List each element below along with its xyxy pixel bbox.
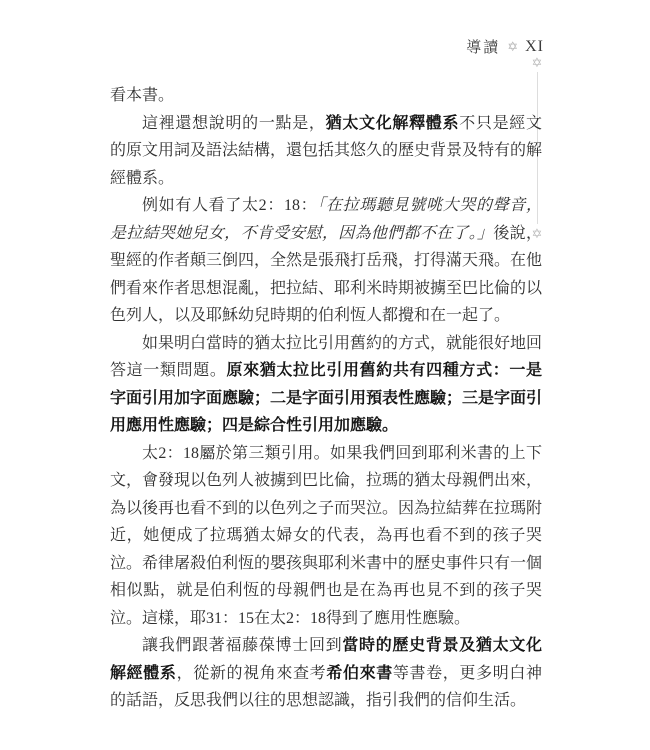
- body-text: 例如有人看了太2：18：: [142, 197, 317, 214]
- body-text: 太2：18屬於第三類引用。如果我們回到耶利米書的上下文，會發現以色列人被擄到巴比…: [110, 445, 542, 627]
- emphasis-text: 希伯來書: [326, 665, 393, 682]
- body-text: 這裡還想說明的一點是，: [142, 115, 326, 132]
- body-text: 看本書。: [110, 87, 174, 104]
- section-title: 導讀: [466, 36, 500, 57]
- body-text: ，從新的視角來查考: [177, 665, 327, 682]
- star-of-david-icon: ✡: [532, 56, 543, 69]
- page-content: 看本書。這裡還想說明的一點是，猶太文化解釋體系不只是經文的原文用詞及語法結構，還…: [110, 82, 542, 715]
- body-text: 讓我們跟著福藤葆博士回到: [142, 637, 342, 654]
- paragraph: 讓我們跟著福藤葆博士回到當時的歷史背景及猶太文化解經體系，從新的視角來查考希伯來…: [110, 632, 542, 715]
- page-number: XI: [525, 38, 544, 56]
- emphasis-text: 猶太文化解釋體系: [326, 115, 460, 132]
- star-of-david-icon: ✡: [507, 40, 518, 53]
- running-head: 導讀 ✡ XI: [466, 36, 544, 57]
- paragraph: 太2：18屬於第三類引用。如果我們回到耶利米書的上下文，會發現以色列人被擄到巴比…: [110, 440, 542, 633]
- paragraph: 例如有人看了太2：18：「在拉瑪聽見號咷大哭的聲音，是拉結哭她兒女，不肯受安慰，…: [110, 192, 542, 330]
- book-page: 導讀 ✡ XI ✡ ✡ 看本書。這裡還想說明的一點是，猶太文化解釋體系不只是經文…: [0, 0, 650, 750]
- paragraph: 這裡還想說明的一點是，猶太文化解釋體系不只是經文的原文用詞及語法結構，還包括其悠…: [110, 110, 542, 193]
- paragraph: 如果明白當時的猶太拉比引用舊約的方式，就能很好地回答這一類問題。原來猶太拉比引用…: [110, 330, 542, 440]
- paragraph: 看本書。: [110, 82, 542, 110]
